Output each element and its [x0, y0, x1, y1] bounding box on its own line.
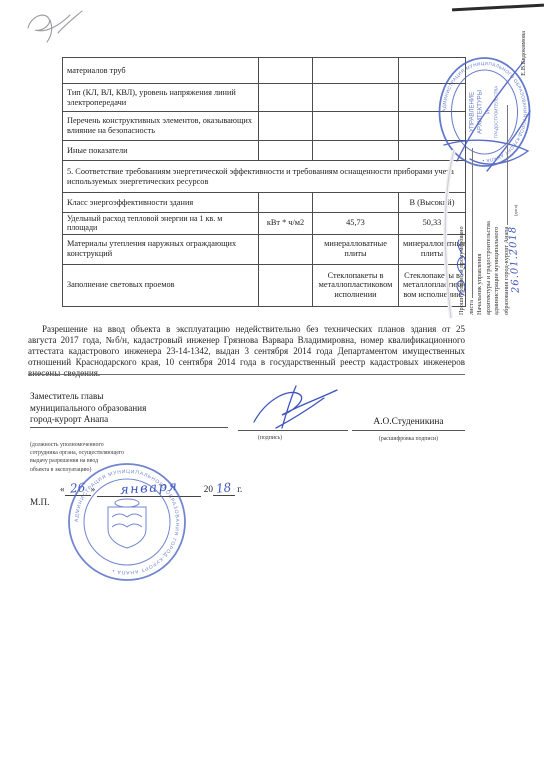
table-row: Заполнение световых проемов Стеклопакеты… — [63, 264, 466, 306]
side-date-line: 26.01.2018 (дата) — [511, 23, 520, 315]
table-row: материалов труб — [63, 58, 466, 84]
handwritten-signature — [238, 382, 353, 432]
date-caption: (дата) — [513, 205, 518, 216]
section5-header: 5. Соответствие требованиям энергетическ… — [63, 161, 466, 193]
handwritten-date: 26.01.2018 — [509, 226, 521, 294]
official-title-line: архитектуры и градостроительства — [485, 23, 493, 315]
table-row: Иные показатели — [63, 141, 466, 161]
unit-cell: кВт * ч/м2 — [259, 213, 313, 235]
stitched-sheets-line: Прошнуровано и пронумеровано — [458, 23, 466, 315]
signer-position: Заместитель главы муниципального образов… — [30, 391, 228, 428]
row-label: материалов труб — [63, 58, 259, 84]
row-label: Материалы утепления наружных ограждающих… — [63, 234, 259, 264]
name-caption: (расшифровка подписи) — [352, 436, 465, 442]
specs-table: материалов труб Тип (КЛ, ВЛ, КВЛ), урове… — [62, 57, 466, 307]
table-row: Тип (КЛ, ВЛ, КВЛ), уровень напряжения ли… — [63, 84, 466, 112]
mp-label: М.П. — [30, 497, 49, 507]
signature-line — [238, 430, 348, 431]
round-stamp: АДМИНИСТРАЦИЯ МУНИЦИПАЛЬНОГО ОБРАЗОВАНИЯ… — [64, 459, 190, 585]
signature-caption: (подпись) — [258, 435, 282, 441]
binding-certification-block: Прошнуровано и пронумеровано листа Начал… — [458, 23, 524, 315]
official-title-line: администрации муниципального — [493, 23, 501, 315]
coat-of-arms-emblem — [108, 499, 146, 548]
section-header-row: 5. Соответствие требованиям энергетическ… — [63, 161, 466, 193]
note-paragraph: Разрешение на ввод объекта в эксплуатаци… — [28, 324, 465, 379]
row-label: Иные показатели — [63, 141, 259, 161]
separator-line — [28, 374, 465, 375]
row-label: Удельный расход тепловой энергии на 1 кв… — [63, 213, 259, 235]
position-line: муниципального образования — [30, 403, 228, 415]
table-row: Перечень конструктивных элементов, оказы… — [63, 112, 466, 141]
row-label: Перечень конструктивных элементов, оказы… — [63, 112, 259, 141]
value-by-project: 45,73 — [313, 213, 399, 235]
handwritten-year: 18 — [216, 480, 233, 496]
sheets-word-line: листа — [466, 23, 476, 315]
table-row: Класс энергоэффективности здания В (Высо… — [63, 193, 466, 213]
document-page: материалов труб Тип (КЛ, ВЛ, КВЛ), урове… — [0, 0, 544, 768]
official-title-line: Начальник управления — [476, 23, 484, 315]
table-row: Удельный расход тепловой энергии на 1 кв… — [63, 213, 466, 235]
official-name: Е.В.Евдокимова — [520, 23, 528, 315]
row-label: Тип (КЛ, ВЛ, КВЛ), уровень напряжения ли… — [63, 84, 259, 112]
table-row: Материалы утепления наружных ограждающих… — [63, 234, 466, 264]
year-suffix: г. — [237, 484, 242, 494]
round-stamp-ring-text: АДМИНИСТРАЦИЯ МУНИЦИПАЛЬНОГО ОБРАЗОВАНИЯ… — [74, 469, 180, 575]
scan-edge-artifact — [452, 4, 544, 12]
row-label: Заполнение световых проемов — [63, 264, 259, 306]
position-line: город-курорт Анапа — [30, 414, 228, 428]
signer-name: А.О.Студеникина — [352, 417, 465, 427]
year-prefix: 20 — [204, 484, 213, 494]
position-line: Заместитель главы — [30, 391, 228, 403]
pencil-initials-mark — [20, 4, 92, 46]
row-label: Класс энергоэффективности здания — [63, 193, 259, 213]
name-line — [352, 430, 465, 431]
